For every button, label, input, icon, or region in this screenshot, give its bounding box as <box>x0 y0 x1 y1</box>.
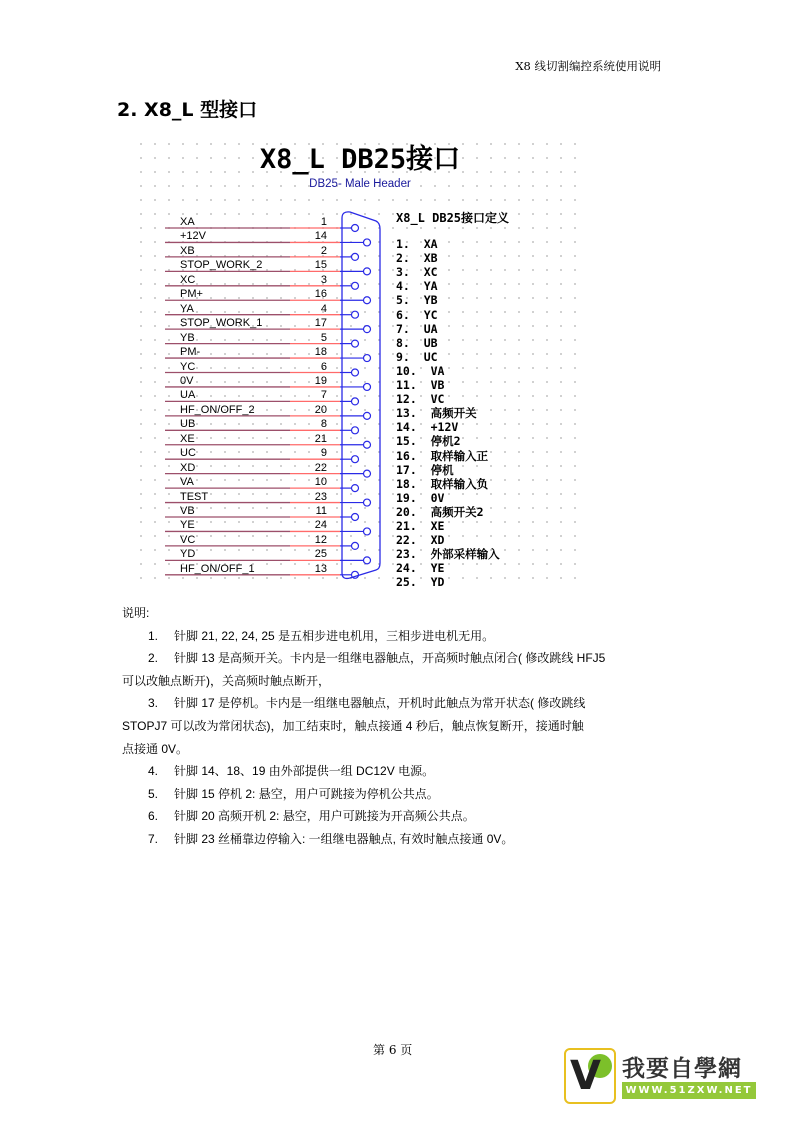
definition-item: 2. XB <box>396 251 438 265</box>
pin-number: 1 <box>297 217 327 228</box>
pin-signal-label: VB <box>180 506 195 517</box>
pin-number: 18 <box>297 347 327 358</box>
pin-number: 3 <box>297 275 327 286</box>
pin-signal-label: XC <box>180 275 195 286</box>
definition-item: 7. UA <box>396 322 438 336</box>
note-item: 7.针脚 23 丝桶靠边停输入: 一组继电器触点, 有效时触点接通 0V。 <box>122 828 682 851</box>
pin-signal-label: YE <box>180 520 195 531</box>
note-continuation: 点接通 0V。 <box>122 738 682 761</box>
pin-number: 23 <box>297 492 327 503</box>
definition-item: 24. YE <box>396 561 444 575</box>
pin-signal-label: VC <box>180 535 195 546</box>
pin-number: 24 <box>297 520 327 531</box>
pin-number: 2 <box>297 246 327 257</box>
pin-signal-label: YA <box>180 304 194 315</box>
definition-item: 4. YA <box>396 279 438 293</box>
note-item: 6.针脚 20 高频开机 2: 悬空，用户可跳接为开高频公共点。 <box>122 805 682 828</box>
running-header: X8 线切割编控系统使用说明 <box>515 58 661 74</box>
definition-item: 14. +12V <box>396 420 458 434</box>
db25-diagram: X8_L DB25接口 DB25- Male Header XA1+12V14X… <box>140 133 580 588</box>
page-number: 第 6 页 <box>373 1041 412 1058</box>
definition-item: 15. 停机2 <box>396 434 461 448</box>
definition-item: 23. 外部采样输入 <box>396 547 500 561</box>
definition-item: 5. YB <box>396 293 438 307</box>
pin-signal-label: +12V <box>180 231 206 242</box>
note-item: 5.针脚 15 停机 2: 悬空，用户可跳接为停机公共点。 <box>122 783 682 806</box>
pin-number: 20 <box>297 405 327 416</box>
definition-item: 25. YD <box>396 575 444 589</box>
pin-number: 8 <box>297 419 327 430</box>
pin-number: 21 <box>297 434 327 445</box>
connector-schematic <box>140 133 580 588</box>
pin-number: 6 <box>297 362 327 373</box>
pin-signal-label: HF_ON/OFF_1 <box>180 564 255 575</box>
definition-item: 8. UB <box>396 336 438 350</box>
notes-list: 1.针脚 21, 22, 24, 25 是五相步进电机用，三相步进电机无用。2.… <box>122 625 682 851</box>
notes-section: 说明: 1.针脚 21, 22, 24, 25 是五相步进电机用，三相步进电机无… <box>122 602 682 851</box>
definition-item: 6. YC <box>396 308 438 322</box>
pin-signal-label: UC <box>180 448 196 459</box>
pin-signal-label: UB <box>180 419 195 430</box>
site-logo: V 我要自學網 WWW.51ZXW.NET <box>564 1048 762 1104</box>
definition-item: 13. 高频开关 <box>396 406 477 420</box>
pin-number: 14 <box>297 231 327 242</box>
pin-signal-label: YD <box>180 549 195 560</box>
pin-signal-label: UA <box>180 390 195 401</box>
pin-number: 19 <box>297 376 327 387</box>
pin-number: 5 <box>297 333 327 344</box>
pin-signal-label: 0V <box>180 376 193 387</box>
pin-signal-label: STOP_WORK_2 <box>180 260 262 271</box>
pin-number: 11 <box>297 506 327 517</box>
pin-number: 9 <box>297 448 327 459</box>
logo-url: WWW.51ZXW.NET <box>622 1082 756 1099</box>
definition-item: 22. XD <box>396 533 444 547</box>
pin-signal-label: VA <box>180 477 194 488</box>
definition-item: 17. 停机 <box>396 463 454 477</box>
note-item: 3.针脚 17 是停机。卡内是一组继电器触点，开机时此触点为常开状态( 修改跳线 <box>122 692 682 715</box>
definition-item: 11. VB <box>396 378 444 392</box>
note-continuation: STOPJ7 可以改为常闭状态)，加工结束时，触点接通 4 秒后，触点恢复断开，… <box>122 715 682 738</box>
definition-item: 10. VA <box>396 364 444 378</box>
pin-signal-label: XE <box>180 434 195 445</box>
definition-item: 20. 高频开关2 <box>396 505 484 519</box>
note-continuation: 可以改触点断开)，关高频时触点断开， <box>122 670 682 693</box>
notes-label: 说明: <box>122 602 682 625</box>
pin-signal-label: TEST <box>180 492 208 503</box>
definition-item: 3. XC <box>396 265 438 279</box>
pin-signal-label: PM- <box>180 347 200 358</box>
definition-item: 9. UC <box>396 350 438 364</box>
section-title: 2. X8_L 型接口 <box>117 95 257 122</box>
pin-number: 22 <box>297 463 327 474</box>
pin-number: 13 <box>297 564 327 575</box>
pin-number: 7 <box>297 390 327 401</box>
pin-signal-label: PM+ <box>180 289 203 300</box>
logo-v-icon: V <box>564 1048 616 1104</box>
pin-number: 10 <box>297 477 327 488</box>
pin-signal-label: STOP_WORK_1 <box>180 318 262 329</box>
pin-number: 17 <box>297 318 327 329</box>
pin-number: 12 <box>297 535 327 546</box>
definition-item: 21. XE <box>396 519 444 533</box>
pin-signal-label: HF_ON/OFF_2 <box>180 405 255 416</box>
pin-number: 4 <box>297 304 327 315</box>
definition-item: 19. 0V <box>396 491 444 505</box>
pin-signal-label: YC <box>180 362 195 373</box>
note-item: 1.针脚 21, 22, 24, 25 是五相步进电机用，三相步进电机无用。 <box>122 625 682 648</box>
pin-number: 15 <box>297 260 327 271</box>
note-item: 4.针脚 14、18、19 由外部提供一组 DC12V 电源。 <box>122 760 682 783</box>
definition-item: 12. VC <box>396 392 444 406</box>
definition-item: 16. 取样输入正 <box>396 449 488 463</box>
definition-item: 1. XA <box>396 237 438 251</box>
pin-signal-label: YB <box>180 333 195 344</box>
pin-signal-label: XA <box>180 217 195 228</box>
pin-number: 16 <box>297 289 327 300</box>
pin-signal-label: XD <box>180 463 195 474</box>
pin-number: 25 <box>297 549 327 560</box>
pin-signal-label: XB <box>180 246 195 257</box>
note-item: 2.针脚 13 是高频开关。卡内是一组继电器触点，开高频时触点闭合( 修改跳线 … <box>122 647 682 670</box>
definition-title: X8_L DB25接口定义 <box>396 209 509 226</box>
logo-text: 我要自學網 <box>622 1050 742 1083</box>
definition-item: 18. 取样输入负 <box>396 477 488 491</box>
